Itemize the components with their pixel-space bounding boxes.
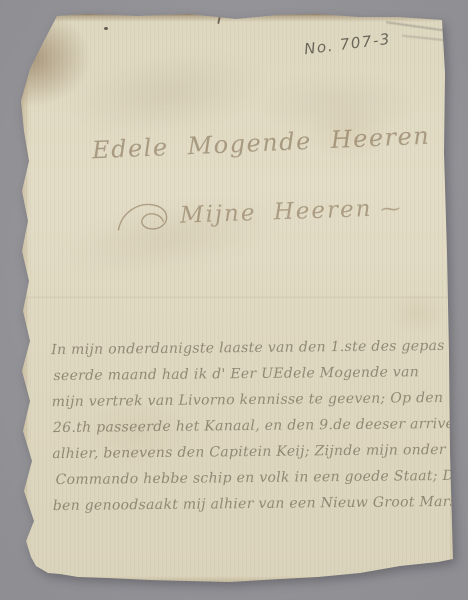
ink-speck	[217, 16, 221, 24]
ink-speck	[104, 27, 108, 30]
letter-body: In mijn onderdanigste laaste van den 1.s…	[51, 333, 453, 519]
address-text: Mijne Heeren	[180, 196, 373, 229]
body-line: ben genoodsaakt mij alhier van een Nieuw…	[53, 489, 453, 519]
address-line: Mijne Heeren ⁓	[113, 188, 401, 238]
paper-shadow-wrapper: No. 707-3 Edele Mogende Heeren Mijne Hee…	[18, 13, 455, 583]
flourish-icon	[113, 196, 176, 238]
archival-number: No. 707-3	[303, 30, 392, 58]
end-flourish-icon: ⁓	[380, 196, 401, 221]
pencil-scribble	[402, 35, 446, 41]
letter-paper: No. 707-3 Edele Mogende Heeren Mijne Hee…	[18, 13, 455, 583]
photo-background: No. 707-3 Edele Mogende Heeren Mijne Hee…	[0, 0, 468, 600]
pencil-scribble	[386, 21, 454, 32]
